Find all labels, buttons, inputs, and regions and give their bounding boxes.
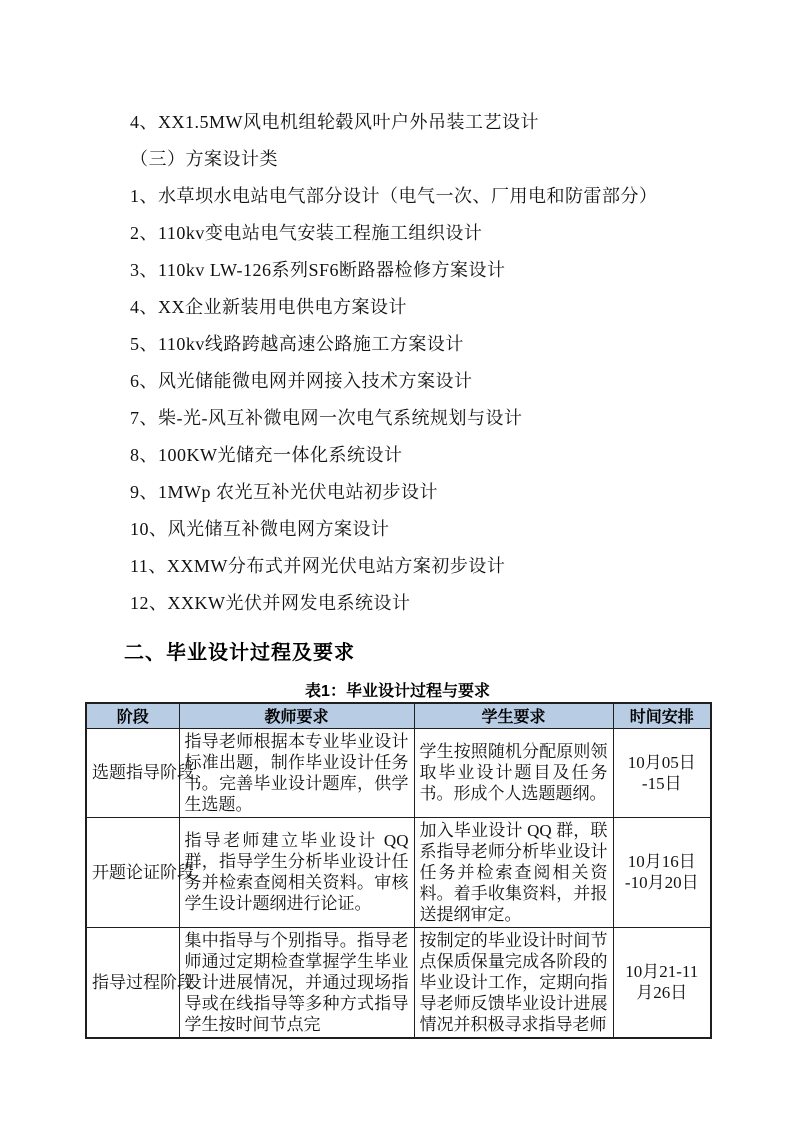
teacher-cell: 集中指导与个别指导。指导老师通过定期检查掌握学生毕业设计进展情况，并通过现场指导… xyxy=(179,927,414,1038)
list-item: 3、110kv LW-126系列SF6断路器检修方案设计 xyxy=(130,252,733,289)
list-item: 6、风光储能微电网并网接入技术方案设计 xyxy=(130,363,733,400)
header-cell-student: 学生要求 xyxy=(414,703,613,728)
table-row: 指导过程阶段 集中指导与个别指导。指导老师通过定期检查掌握学生毕业设计进展情况，… xyxy=(86,927,711,1038)
header-cell-teacher: 教师要求 xyxy=(179,703,414,728)
list-item: 4、XX企业新装用电供电方案设计 xyxy=(130,289,733,326)
list-item: 2、110kv变电站电气安装工程施工组织设计 xyxy=(130,215,733,252)
list-item: （三）方案设计类 xyxy=(130,141,733,178)
table-row: 选题指导阶段 指导老师根据本专业毕业设计标准出题，制作毕业设计任务书。完善毕业设… xyxy=(86,728,711,817)
header-cell-stage: 阶段 xyxy=(86,703,179,728)
list-item: 11、XXMW分布式并网光伏电站方案初步设计 xyxy=(130,548,733,585)
list-item: 4、XX1.5MW风电机组轮毂风叶户外吊装工艺设计 xyxy=(130,104,733,141)
student-cell: 学生按照随机分配原则领取毕业设计题目及任务书。形成个人选题题纲。 xyxy=(414,728,613,817)
topic-list: 4、XX1.5MW风电机组轮毂风叶户外吊装工艺设计 （三）方案设计类 1、水草坝… xyxy=(0,104,793,622)
process-table: 阶段 教师要求 学生要求 时间安排 选题指导阶段 指导老师根据本专业毕业设计标准… xyxy=(85,702,712,1039)
list-item: 5、110kv线路跨越高速公路施工方案设计 xyxy=(130,326,733,363)
stage-cell: 选题指导阶段 xyxy=(86,728,179,817)
section-heading: 二、毕业设计过程及要求 xyxy=(124,638,793,668)
list-item: 1、水草坝水电站电气部分设计（电气一次、厂用电和防雷部分） xyxy=(130,178,733,215)
teacher-cell: 指导老师根据本专业毕业设计标准出题，制作毕业设计任务书。完善毕业设计题库，供学生… xyxy=(179,728,414,817)
list-item: 7、柴-光-风互补微电网一次电气系统规划与设计 xyxy=(130,400,733,437)
table-row: 开题论证阶段 指导老师建立毕业设计 QQ 群，指导学生分析毕业设计任务并检索查阅… xyxy=(86,817,711,927)
table-title: 表1：毕业设计过程与要求 xyxy=(85,682,710,702)
time-cell: 10月16日 -10月20日 xyxy=(613,817,711,927)
time-cell: 10月05日 -15日 xyxy=(613,728,711,817)
list-item: 8、100KW光储充一体化系统设计 xyxy=(130,437,733,474)
table-header-row: 阶段 教师要求 学生要求 时间安排 xyxy=(86,703,711,728)
student-cell: 加入毕业设计 QQ 群，联系指导老师分析毕业设计任务并检索查阅相关资料。着手收集… xyxy=(414,817,613,927)
teacher-cell: 指导老师建立毕业设计 QQ 群，指导学生分析毕业设计任务并检索查阅相关资料。审核… xyxy=(179,817,414,927)
stage-cell: 指导过程阶段 xyxy=(86,927,179,1038)
stage-cell: 开题论证阶段 xyxy=(86,817,179,927)
header-cell-time: 时间安排 xyxy=(613,703,711,728)
document-page: 4、XX1.5MW风电机组轮毂风叶户外吊装工艺设计 （三）方案设计类 1、水草坝… xyxy=(0,0,793,1122)
list-item: 9、1MWp 农光互补光伏电站初步设计 xyxy=(130,474,733,511)
student-cell: 按制定的毕业设计时间节点保质保量完成各阶段的毕业设计工作，定期向指导老师反馈毕业… xyxy=(414,927,613,1038)
time-cell: 10月21-11 月26日 xyxy=(613,927,711,1038)
list-item: 10、风光储互补微电网方案设计 xyxy=(130,511,733,548)
list-item: 12、XXKW光伏并网发电系统设计 xyxy=(130,585,733,622)
